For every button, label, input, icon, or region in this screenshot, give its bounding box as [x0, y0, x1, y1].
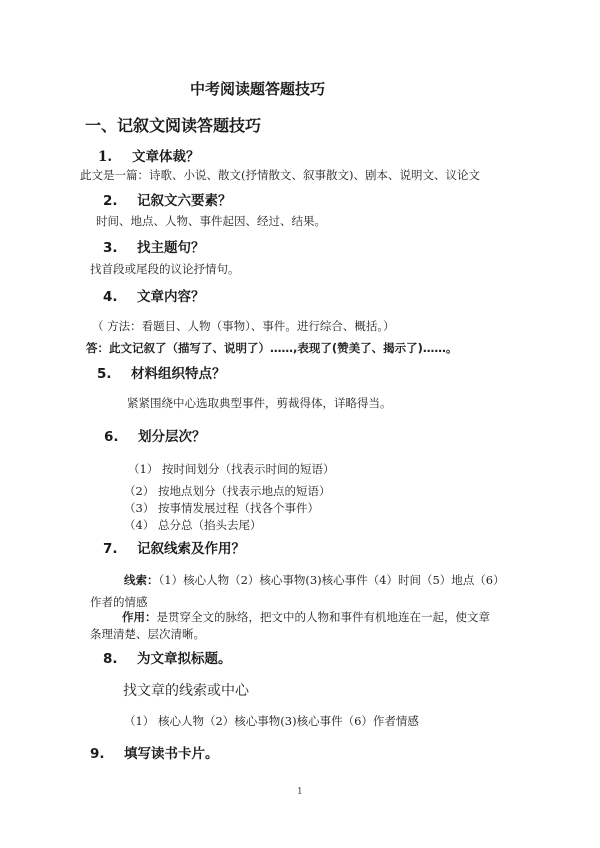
item-4-answer: 答：此文记叙了（描写了、说明了）……,表现了(赞美了、揭示了)……。 [86, 340, 457, 356]
item-3-heading: 3.找主题句？ [103, 236, 205, 256]
item-heading-text: 文章体裁？ [132, 149, 200, 165]
item-number: 2. [103, 193, 137, 209]
item-6-heading: 6.划分层次？ [104, 425, 206, 445]
item-heading-text: 划分层次？ [138, 429, 206, 445]
item-8-heading: 8.为文章拟标题。 [103, 647, 232, 667]
item-7-heading: 7.记叙线索及作用？ [103, 537, 245, 557]
item-9-heading: 9.填写读书卡片。 [90, 742, 219, 762]
item-number: 7. [103, 541, 137, 557]
effect-text: 是贯穿全文的脉络，把文中的人物和事件有机地连在一起，使文章 [157, 610, 491, 624]
item-2-heading: 2.记叙文六要素？ [103, 189, 232, 209]
item-heading-text: 为文章拟标题。 [137, 651, 232, 667]
item-number: 9. [90, 746, 124, 762]
item-heading-text: 找主题句？ [137, 240, 205, 256]
item-8-text: 找文章的线索或中心 [123, 680, 249, 700]
item-6-line-4: （4） 总分总（掐头去尾） [124, 517, 261, 533]
document-title: 中考阅读题答题技巧 [190, 78, 325, 99]
clue-text: （1）核心人物（2）核心事物(3)核心事件（4）时间（5）地点（6） [159, 573, 505, 587]
effect-label: 作用： [122, 610, 157, 624]
item-heading-text: 填写读书卡片。 [124, 746, 219, 762]
item-8-list: （1） 核心人物（2）核心事物(3)核心事件（6）作者情感 [124, 713, 419, 729]
item-number: 3. [103, 240, 137, 256]
item-heading-text: 材料组织特点？ [131, 366, 226, 382]
item-2-text: 时间、地点、人物、事件起因、经过、结果。 [96, 213, 326, 229]
item-7-clue: 线索：（1）核心人物（2）核心事物(3)核心事件（4）时间（5）地点（6） [124, 572, 505, 588]
clue-label: 线索： [124, 573, 159, 587]
item-7-effect-cont: 条理清楚、层次清晰。 [90, 626, 205, 642]
section-heading: 一、记叙文阅读答题技巧 [85, 113, 261, 136]
item-3-text: 找首段或尾段的议论抒情句。 [90, 261, 240, 277]
item-6-line-1: （1） 按时间划分（找表示时间的短语） [128, 461, 334, 477]
item-number: 4. [103, 289, 137, 305]
item-7-clue-cont: 作者的情感 [90, 594, 148, 610]
item-1-heading: 1.文章体裁？ [98, 145, 200, 165]
item-5-heading: 5.材料组织特点？ [97, 362, 226, 382]
item-number: 6. [104, 429, 138, 445]
item-heading-text: 记叙线索及作用？ [137, 541, 245, 557]
item-6-line-3: （3） 按事情发展过程（找各个事件） [124, 500, 319, 516]
item-7-effect: 作用：是贯穿全文的脉络，把文中的人物和事件有机地连在一起，使文章 [122, 609, 490, 625]
item-5-text: 紧紧围绕中心选取典型事件，剪裁得体，详略得当。 [127, 395, 392, 411]
item-1-text: 此文是一篇：诗歌、小说、散文(抒情散文、叙事散文)、剧本、说明文、议论文 [80, 167, 480, 183]
item-number: 5. [97, 366, 131, 382]
item-heading-text: 文章内容？ [137, 289, 205, 305]
item-6-line-2: （2） 按地点划分（找表示地点的短语） [124, 483, 330, 499]
item-heading-text: 记叙文六要素？ [137, 193, 232, 209]
item-4-method: （ 方法：看题目、人物（事物）、事件。进行综合、概括。） [92, 318, 395, 334]
item-number: 8. [103, 651, 137, 667]
item-4-heading: 4.文章内容？ [103, 285, 205, 305]
page-number: 1 [297, 787, 303, 797]
item-number: 1. [98, 149, 132, 165]
